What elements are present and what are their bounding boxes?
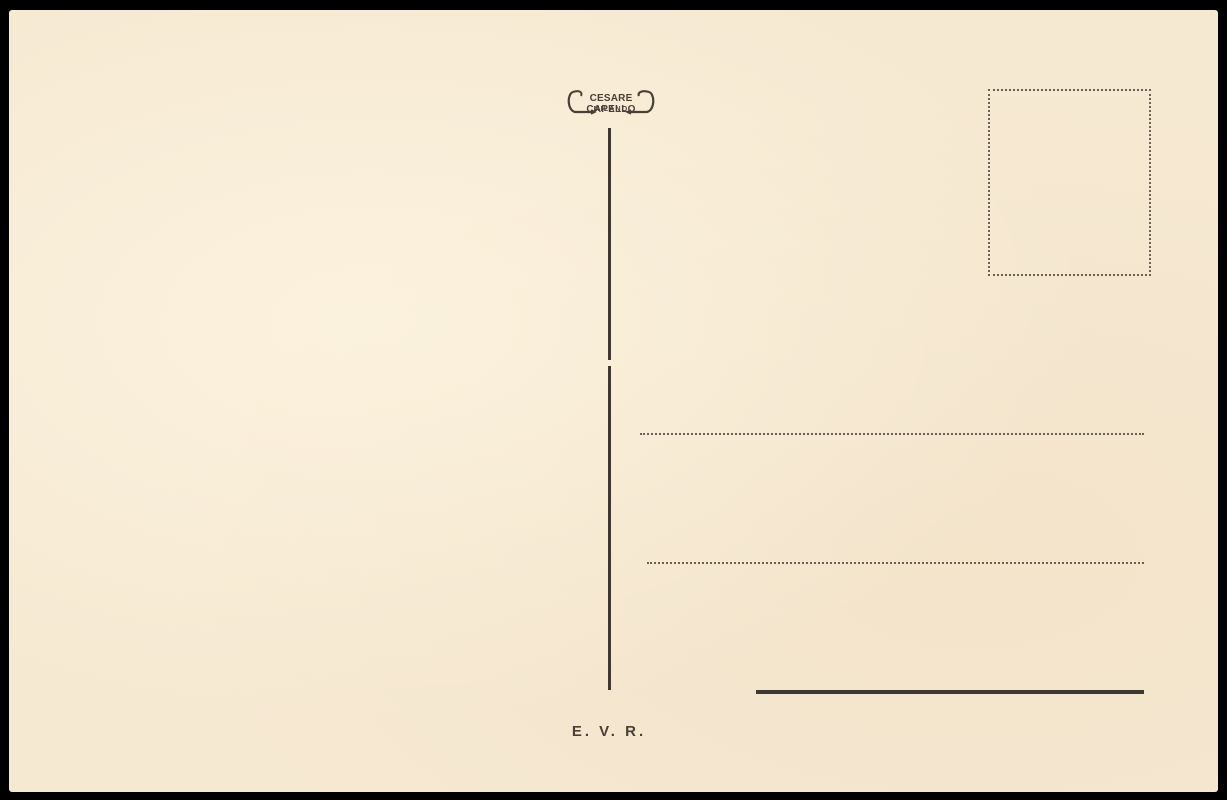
postcard-back: CESARE CAPELLO MILANO E. V. R. bbox=[9, 10, 1218, 792]
publisher-city: MILANO bbox=[565, 106, 657, 113]
publisher-logo: CESARE CAPELLO MILANO bbox=[565, 88, 657, 120]
center-divider-upper bbox=[608, 128, 611, 360]
address-line-1 bbox=[640, 433, 1144, 435]
address-line-3 bbox=[756, 690, 1144, 694]
stamp-box bbox=[988, 89, 1151, 276]
center-divider-lower bbox=[608, 366, 611, 690]
address-line-2 bbox=[647, 562, 1144, 564]
footer-mark: E. V. R. bbox=[549, 723, 669, 740]
